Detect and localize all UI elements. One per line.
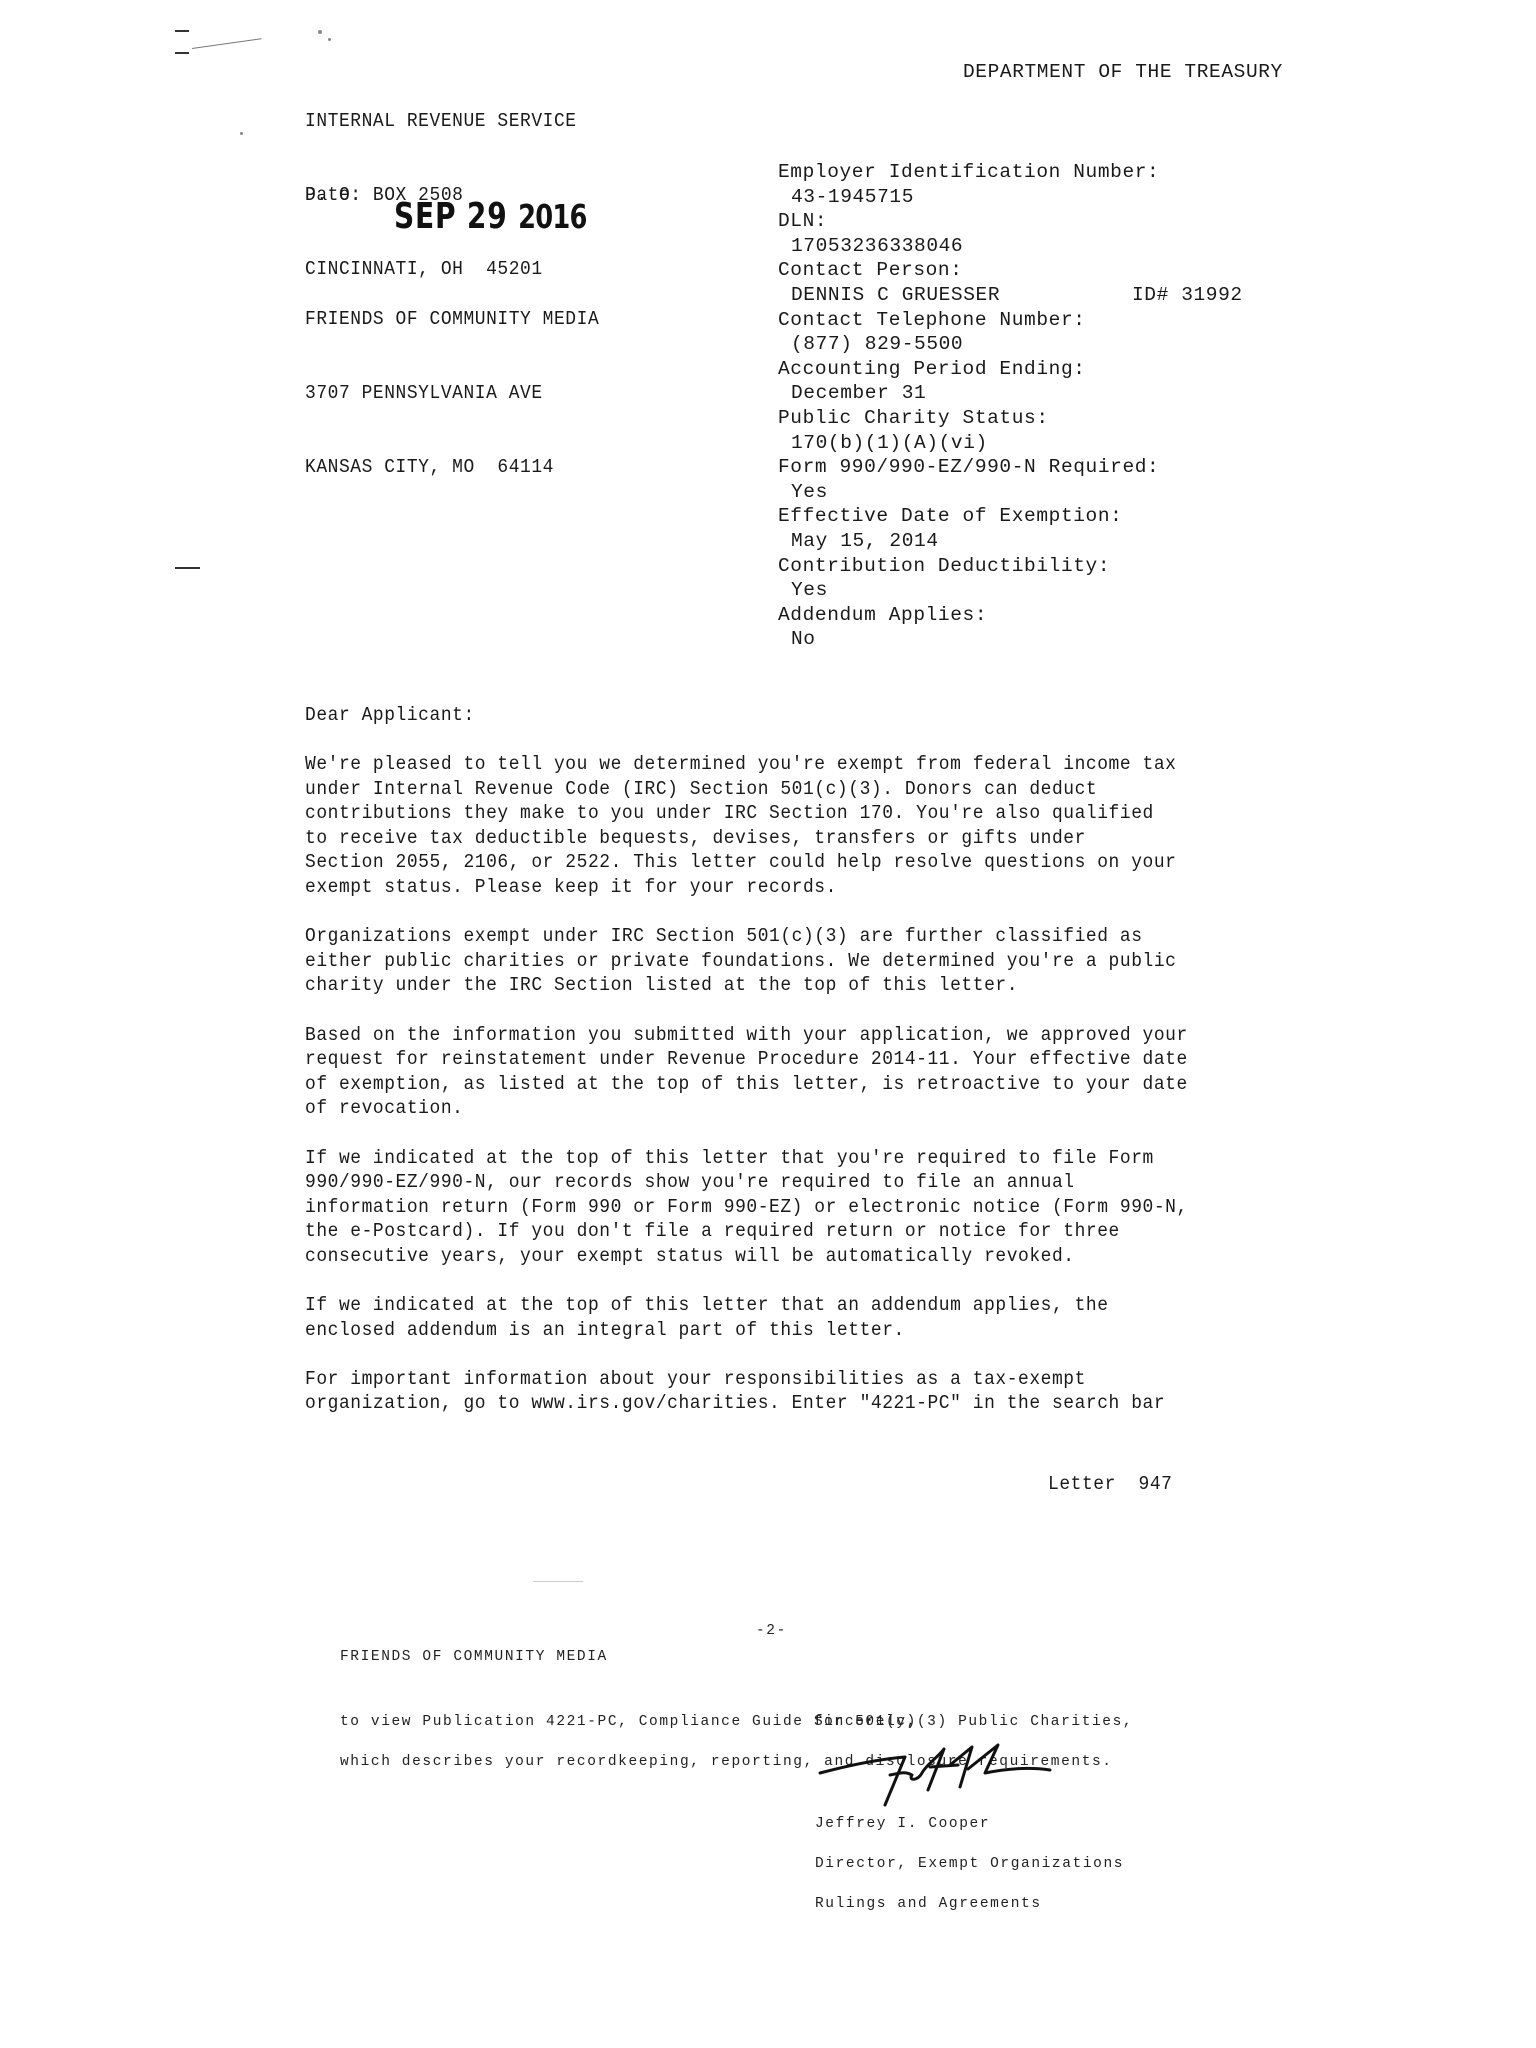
continuation-line: to view Publication 4221-PC, Compliance … xyxy=(340,1716,1133,1729)
scan-mark xyxy=(192,38,261,49)
closing: Sincerely, xyxy=(814,1716,917,1729)
detail-value: Yes xyxy=(778,480,1159,505)
date-stamp-year: 2016 xyxy=(518,197,587,236)
body-line: either public charities or private found… xyxy=(305,949,1188,974)
recipient-line: FRIENDS OF COMMUNITY MEDIA xyxy=(305,307,599,332)
body-line: If we indicated at the top of this lette… xyxy=(305,1293,1188,1318)
salutation: Dear Applicant: xyxy=(305,703,475,728)
body-line: of exemption, as listed at the top of th… xyxy=(305,1072,1188,1097)
body-paragraph: Based on the information you submitted w… xyxy=(305,1023,1188,1121)
detail-label: Form 990/990-EZ/990-N Required: xyxy=(778,455,1159,480)
detail-value: 170(b)(1)(A)(vi) xyxy=(778,431,1159,456)
body-paragraph: If we indicated at the top of this lette… xyxy=(305,1293,1188,1342)
detail-value: 17053236338046 xyxy=(778,234,1159,259)
detail-value: No xyxy=(778,627,1159,652)
body-line: enclosed addendum is an integral part of… xyxy=(305,1318,1188,1343)
detail-label: Accounting Period Ending: xyxy=(778,357,1159,382)
contact-id: ID# 31992 xyxy=(1132,283,1243,308)
body-line: the e-Postcard). If you don't file a req… xyxy=(305,1219,1188,1244)
body-line: Organizations exempt under IRC Section 5… xyxy=(305,924,1188,949)
body-line: under Internal Revenue Code (IRC) Sectio… xyxy=(305,777,1188,802)
recipient-address: FRIENDS OF COMMUNITY MEDIA 3707 PENNSYLV… xyxy=(305,258,599,504)
signatory-block: Jeffrey I. Cooper Director, Exempt Organ… xyxy=(815,1792,1124,1924)
detail-value: Yes xyxy=(778,578,1159,603)
detail-value-text: May 15, 2014 xyxy=(791,530,939,552)
date-stamp-month-day: SEP 29 xyxy=(394,196,508,237)
sender-line: INTERNAL REVENUE SERVICE xyxy=(305,109,577,134)
margin-mark xyxy=(175,567,200,569)
detail-value: (877) 829-5500 xyxy=(778,332,1159,357)
letter-body: We're pleased to tell you we determined … xyxy=(305,752,1188,1441)
scan-speck xyxy=(328,38,331,41)
detail-value: December 31 xyxy=(778,381,1159,406)
signatory-name: Jeffrey I. Cooper xyxy=(815,1818,1124,1831)
body-line: to receive tax deductible bequests, devi… xyxy=(305,826,1188,851)
body-line: consecutive years, your exempt status wi… xyxy=(305,1244,1188,1269)
body-paragraph: If we indicated at the top of this lette… xyxy=(305,1146,1188,1269)
body-line: If we indicated at the top of this lette… xyxy=(305,1146,1188,1171)
scan-mark xyxy=(533,1581,583,1582)
body-line: information return (Form 990 or Form 990… xyxy=(305,1195,1188,1220)
date-label: Date: xyxy=(305,183,362,208)
body-line: organization, go to www.irs.gov/charitie… xyxy=(305,1391,1188,1416)
body-paragraph: We're pleased to tell you we determined … xyxy=(305,752,1188,900)
detail-value-text: December 31 xyxy=(791,382,926,404)
detail-value-text: Yes xyxy=(791,481,828,503)
detail-label: Effective Date of Exemption: xyxy=(778,504,1159,529)
recipient-line: KANSAS CITY, MO 64114 xyxy=(305,455,599,480)
detail-label: Contribution Deductibility: xyxy=(778,554,1159,579)
detail-label: Contact Person: xyxy=(778,258,1159,283)
body-line: charity under the IRC Section listed at … xyxy=(305,973,1188,998)
scan-mark xyxy=(175,30,189,32)
body-line: contributions they make to you under IRC… xyxy=(305,801,1188,826)
scan-speck xyxy=(240,132,243,135)
scan-mark xyxy=(175,52,189,54)
details-block: Employer Identification Number:43-194571… xyxy=(778,160,1159,652)
signatory-dept: Rulings and Agreements xyxy=(815,1898,1124,1911)
scan-speck xyxy=(318,30,322,34)
detail-value-text: No xyxy=(791,628,816,650)
detail-value-text: Yes xyxy=(791,579,828,601)
detail-label: Addendum Applies: xyxy=(778,603,1159,628)
body-line: exempt status. Please keep it for your r… xyxy=(305,875,1188,900)
signatory-title: Director, Exempt Organizations xyxy=(815,1858,1124,1871)
department-heading: DEPARTMENT OF THE TREASURY xyxy=(963,60,1283,85)
detail-label: Employer Identification Number: xyxy=(778,160,1159,185)
body-line: We're pleased to tell you we determined … xyxy=(305,752,1188,777)
body-line: For important information about your res… xyxy=(305,1367,1188,1392)
detail-label: Public Charity Status: xyxy=(778,406,1159,431)
detail-value: May 15, 2014 xyxy=(778,529,1159,554)
body-line: request for reinstatement under Revenue … xyxy=(305,1047,1188,1072)
detail-value: 43-1945715 xyxy=(778,185,1159,210)
detail-value-text: 17053236338046 xyxy=(791,235,963,257)
detail-label: Contact Telephone Number: xyxy=(778,308,1159,333)
page-number: -2- xyxy=(756,1625,787,1638)
body-line: of revocation. xyxy=(305,1096,1188,1121)
body-paragraph: For important information about your res… xyxy=(305,1367,1188,1416)
detail-value-text: DENNIS C GRUESSER xyxy=(791,284,1000,306)
detail-value: DENNIS C GRUESSERID# 31992 xyxy=(778,283,1159,308)
body-line: 990/990-EZ/990-N, our records show you'r… xyxy=(305,1170,1188,1195)
page2-org-name: FRIENDS OF COMMUNITY MEDIA xyxy=(340,1651,608,1664)
recipient-line: 3707 PENNSYLVANIA AVE xyxy=(305,381,599,406)
body-line: Section 2055, 2106, or 2522. This letter… xyxy=(305,850,1188,875)
body-paragraph: Organizations exempt under IRC Section 5… xyxy=(305,924,1188,998)
letter-number: Letter 947 xyxy=(1048,1472,1173,1497)
detail-label: DLN: xyxy=(778,209,1159,234)
detail-value-text: 170(b)(1)(A)(vi) xyxy=(791,432,988,454)
body-line: Based on the information you submitted w… xyxy=(305,1023,1188,1048)
detail-value-text: 43-1945715 xyxy=(791,186,914,208)
date-stamp: SEP 29 2016 xyxy=(394,196,587,237)
detail-value-text: (877) 829-5500 xyxy=(791,333,963,355)
